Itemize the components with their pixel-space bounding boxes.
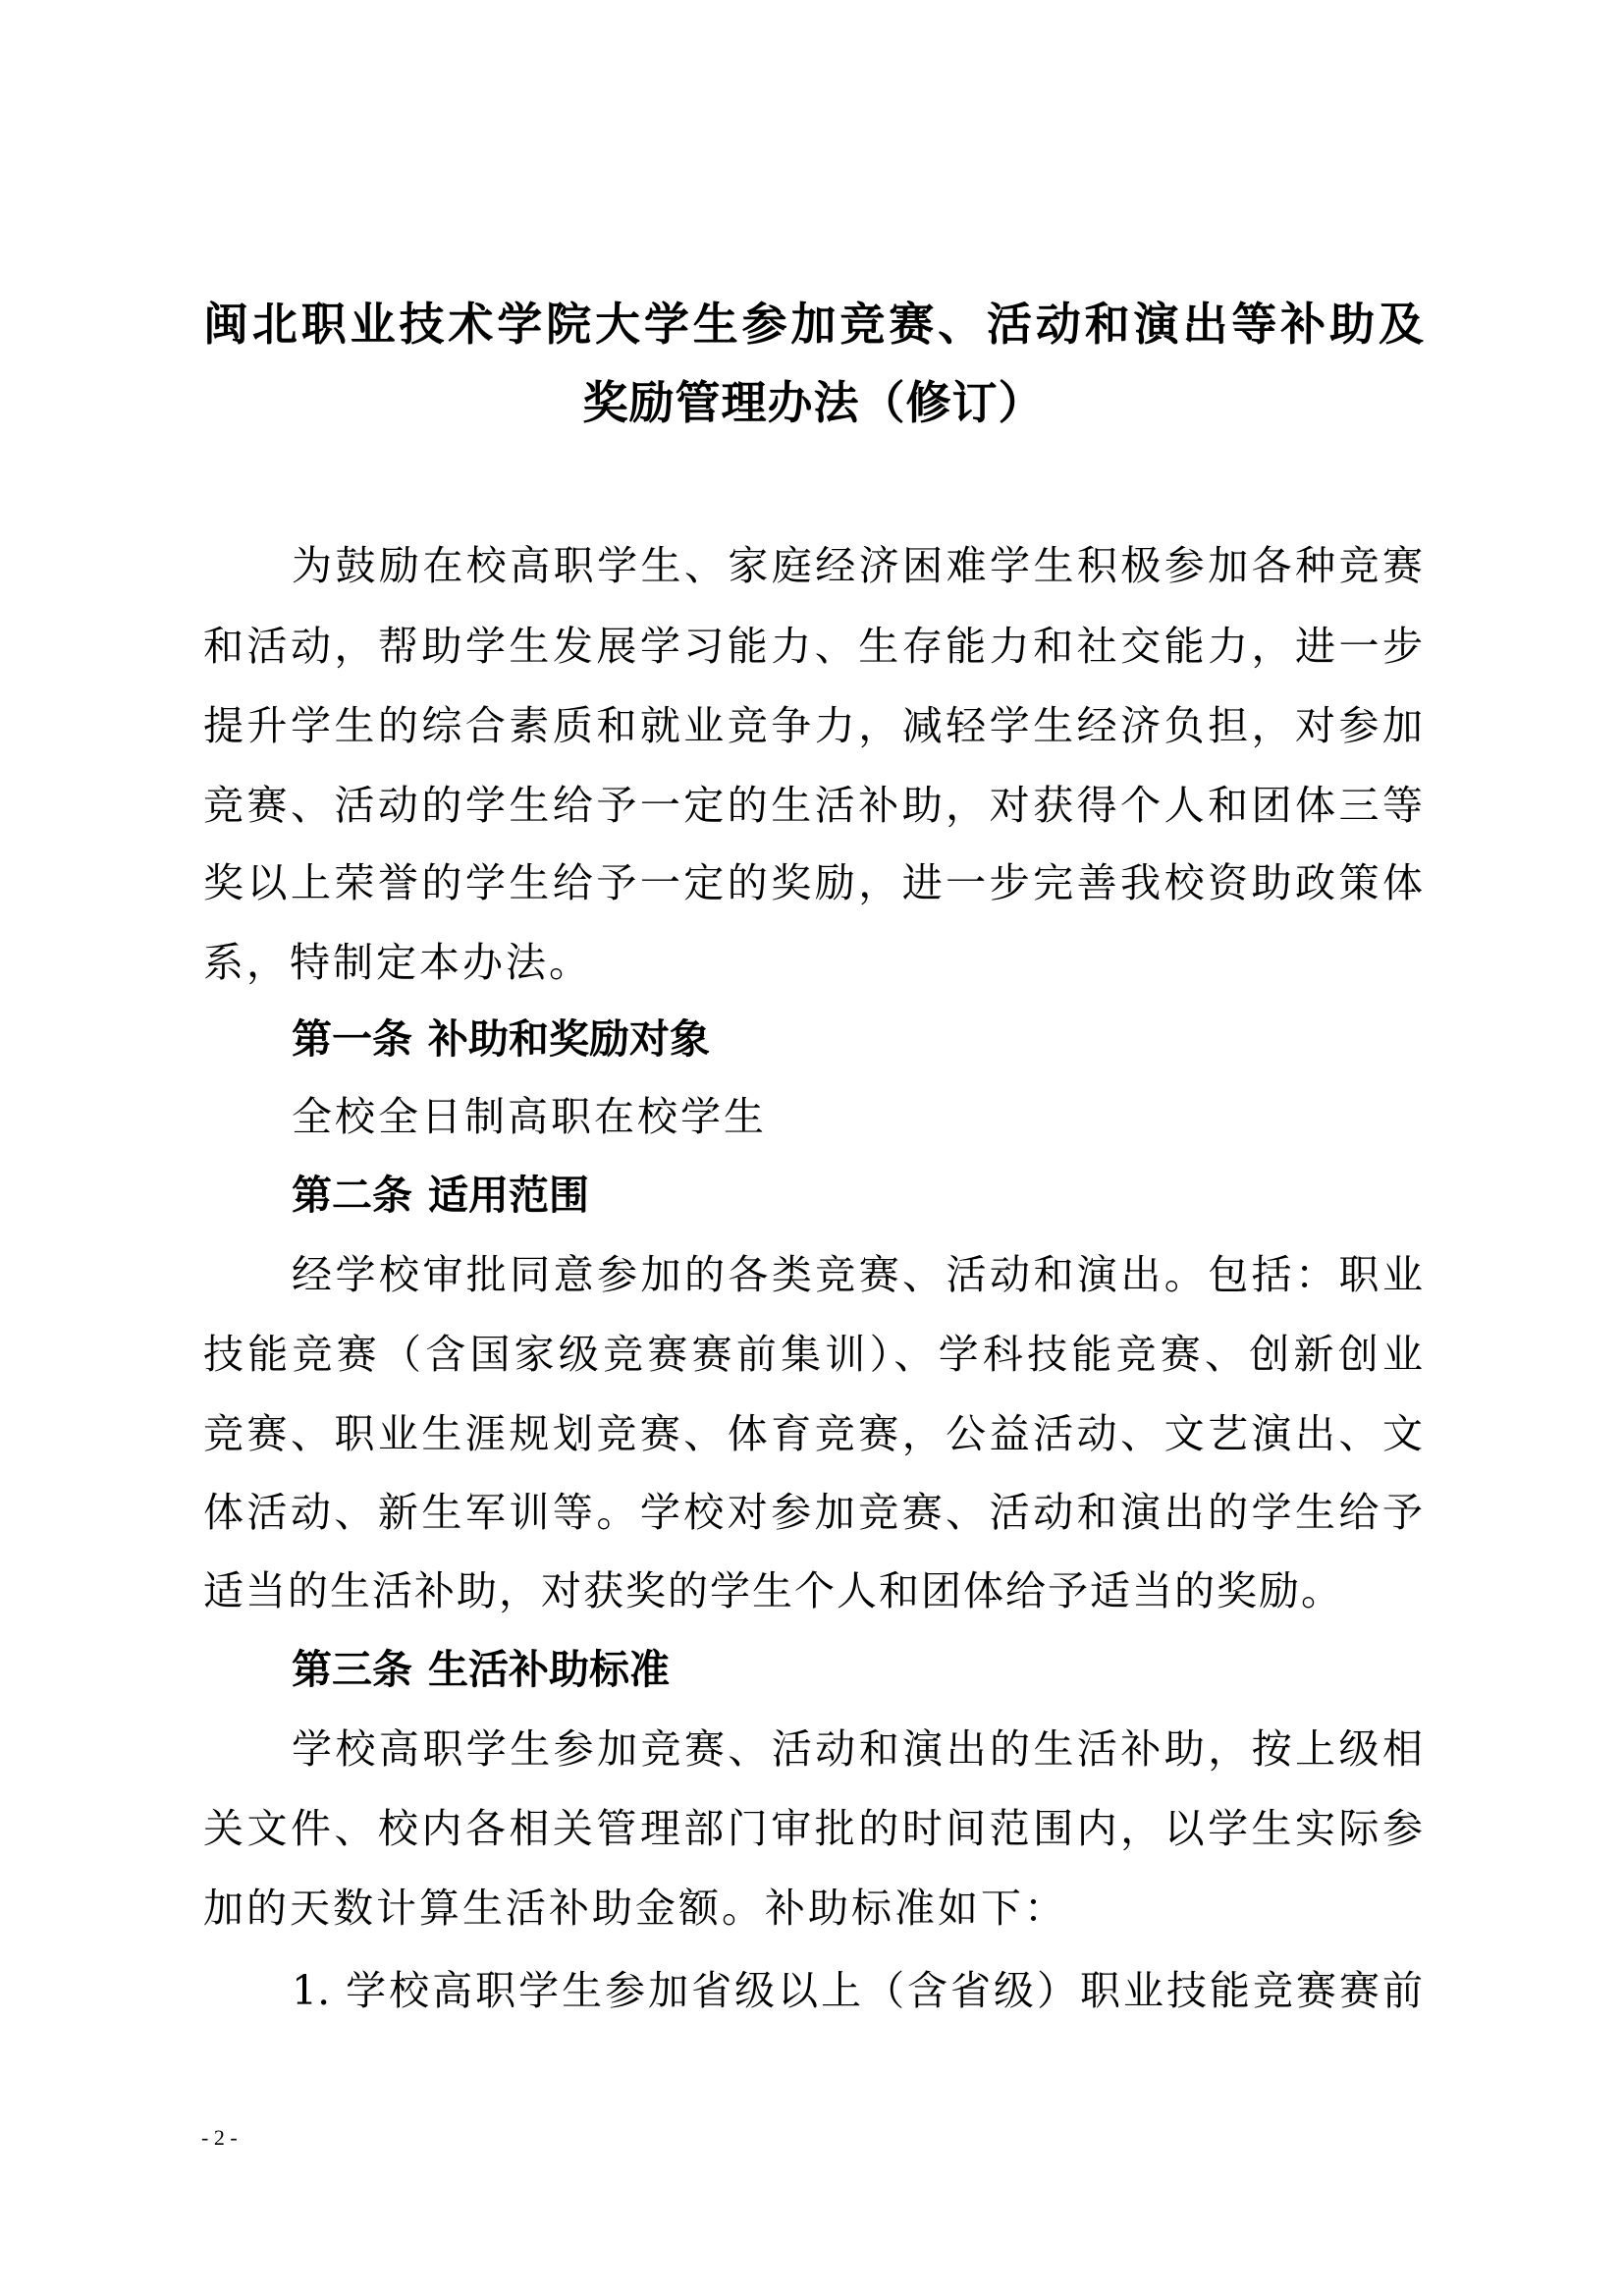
article-2-line-3: 竞赛、职业生涯规划竞赛、体育竞赛，公益活动、文艺演出、文	[203, 1394, 1423, 1473]
article-2-line-2: 技能竞赛（含国家级竞赛赛前集训）、学科技能竞赛、创新创业	[203, 1315, 1423, 1394]
document-title-line-2: 奖励管理办法（修订）	[203, 363, 1424, 442]
preamble-line-2: 和活动，帮助学生发展学习能力、生存能力和社交能力，进一步	[203, 607, 1423, 685]
article-2-heading: 第二条适用范围	[292, 1156, 589, 1234]
preamble-line-4: 竞赛、活动的学生给予一定的生活补助，对获得个人和团体三等	[203, 766, 1423, 845]
article-3-line-1: 学校高职学生参加竞赛、活动和演出的生活补助，按上级相	[292, 1710, 1423, 1788]
article-3-title: 生活补助标准	[428, 1646, 670, 1693]
article-1-line-1: 全校全日制高职在校学生	[292, 1077, 1423, 1156]
preamble-line-6: 系，特制定本办法。	[203, 923, 1423, 1002]
article-2-line-1: 经学校审批同意参加的各类竞赛、活动和演出。包括：职业	[292, 1235, 1423, 1314]
article-1-title: 补助和奖励对象	[428, 1015, 710, 1063]
article-3-line-3: 加的天数计算生活补助金额。补助标准如下：	[203, 1869, 1423, 1947]
article-2-line-5: 适当的生活补助，对获奖的学生个人和团体给予适当的奖励。	[203, 1552, 1423, 1630]
document-page: 闽北职业技术学院大学生参加竞赛、活动和演出等补助及 奖励管理办法（修订） 为鼓励…	[0, 0, 1623, 2296]
article-1-number: 第一条	[292, 1015, 412, 1063]
article-2-number: 第二条	[292, 1172, 412, 1219]
preamble-line-3: 提升学生的综合素质和就业竞争力，减轻学生经济负担，对参加	[203, 686, 1423, 765]
page-number: - 2 -	[201, 2123, 238, 2153]
article-3-line-4: 1. 学校高职学生参加省级以上（含省级）职业技能竞赛赛前	[292, 1951, 1423, 2030]
document-title-line-1: 闽北职业技术学院大学生参加竞赛、活动和演出等补助及	[203, 285, 1424, 363]
article-2-line-4: 体活动、新生军训等。学校对参加竞赛、活动和演出的学生给予	[203, 1473, 1423, 1552]
article-1-heading: 第一条补助和奖励对象	[292, 1000, 710, 1078]
article-2-title: 适用范围	[428, 1172, 589, 1219]
article-3-heading: 第三条生活补助标准	[292, 1630, 670, 1709]
article-3-number: 第三条	[292, 1646, 412, 1693]
preamble-line-1: 为鼓励在校高职学生、家庭经济困难学生积极参加各种竞赛	[292, 526, 1423, 605]
article-3-line-2: 关文件、校内各相关管理部门审批的时间范围内，以学生实际参	[203, 1789, 1423, 1868]
preamble-line-5: 奖以上荣誉的学生给予一定的奖励，进一步完善我校资助政策体	[203, 844, 1423, 922]
